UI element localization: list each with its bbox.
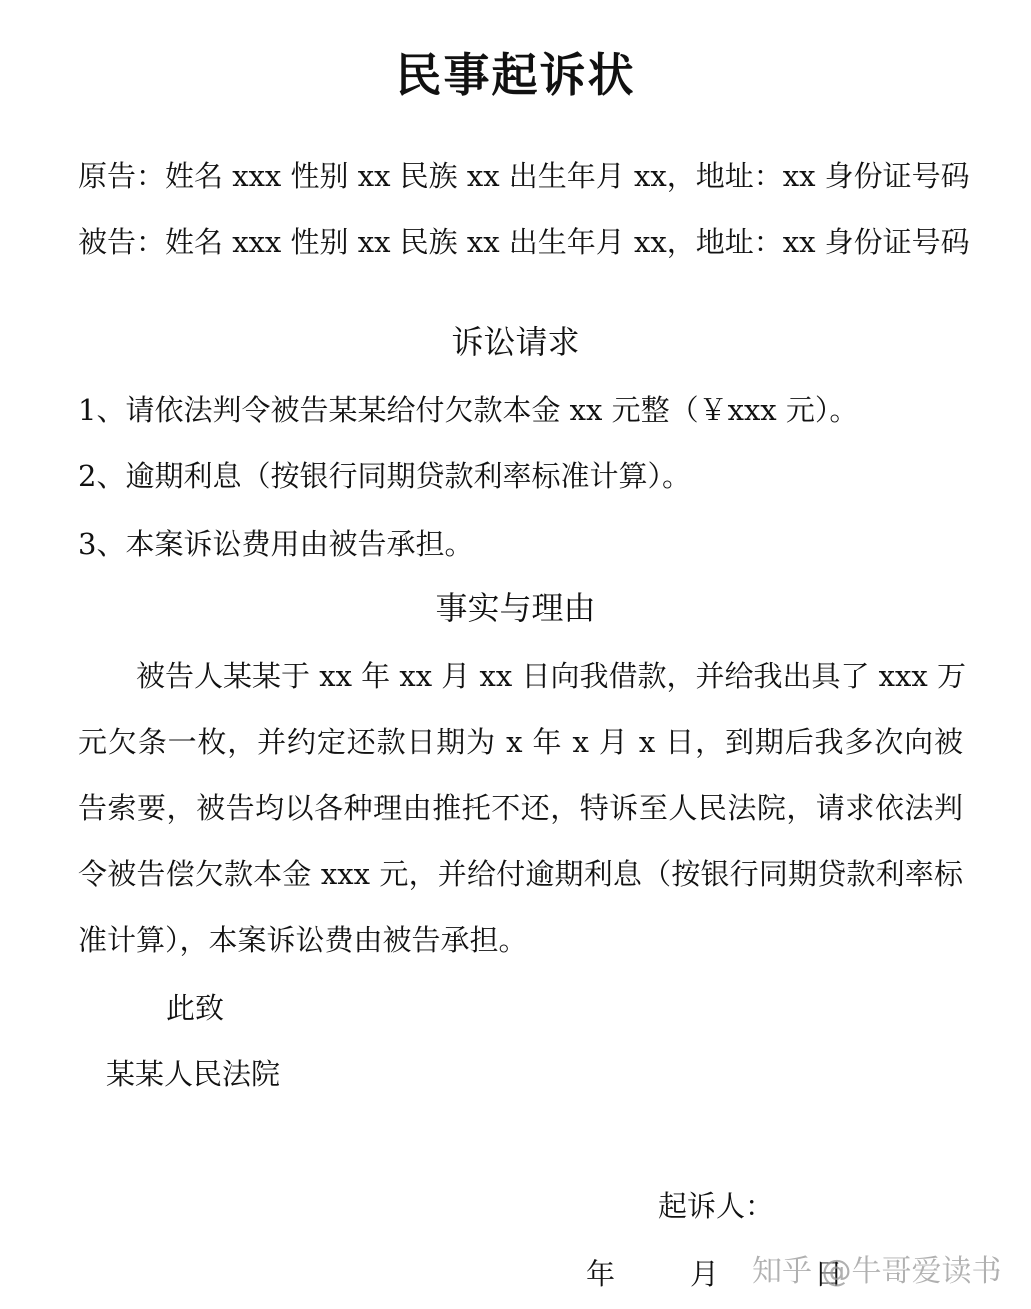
- watermark: 知乎 @牛哥爱读书: [752, 1250, 1002, 1294]
- court-name: 某某人民法院: [106, 1054, 280, 1094]
- claim-item-1: 1、请依法判令被告某某给付欠款本金 xx 元整（￥xxx 元）。: [78, 390, 858, 430]
- facts-line-2: 元欠条一枚，并约定还款日期为 x 年 x 月 x 日，到期后我多次向被: [78, 722, 963, 762]
- plaintiff-signature-label: 起诉人：: [658, 1186, 774, 1226]
- salutation: 此致: [166, 988, 224, 1028]
- date-year: 年: [586, 1254, 615, 1294]
- facts-heading: 事实与理由: [0, 586, 1031, 630]
- document-title: 民事起诉状: [0, 42, 1031, 108]
- facts-line-1: 被告人某某于 xx 年 xx 月 xx 日向我借款，并给我出具了 xxx 万: [136, 656, 963, 696]
- plaintiff-info: 原告：姓名 xxx 性别 xx 民族 xx 出生年月 xx，地址：xx 身份证号…: [78, 156, 963, 196]
- claim-item-2: 2、逾期利息（按银行同期贷款利率标准计算）。: [78, 456, 691, 496]
- claims-heading: 诉讼请求: [0, 320, 1031, 364]
- claim-item-3: 3、本案诉讼费用由被告承担。: [78, 524, 473, 564]
- facts-line-4: 令被告偿欠款本金 xxx 元，并给付逾期利息（按银行同期贷款利率标: [78, 854, 963, 894]
- date-month: 月: [690, 1254, 719, 1294]
- facts-line-5: 准计算），本案诉讼费由被告承担。: [78, 920, 963, 960]
- defendant-info: 被告：姓名 xxx 性别 xx 民族 xx 出生年月 xx，地址：xx 身份证号…: [78, 222, 963, 262]
- facts-line-3: 告索要，被告均以各种理由推托不还，特诉至人民法院，请求依法判: [78, 788, 963, 828]
